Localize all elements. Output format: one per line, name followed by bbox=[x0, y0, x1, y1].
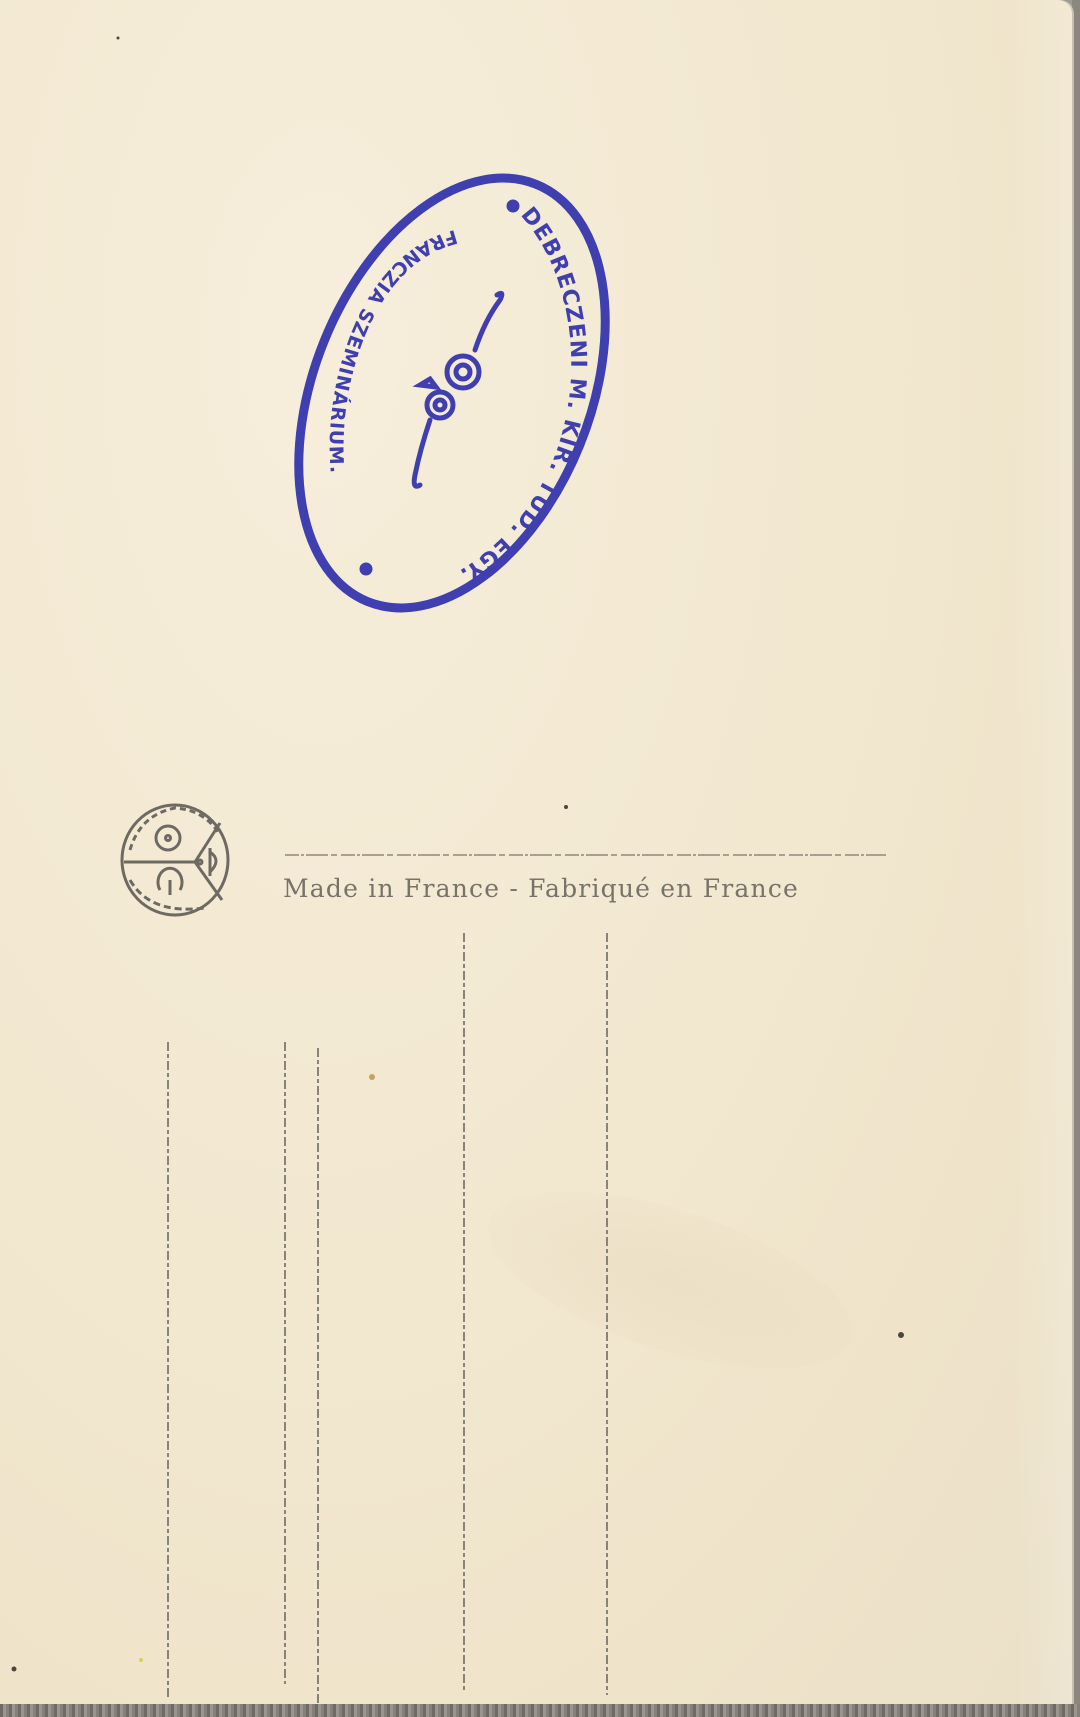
postcard-back bbox=[0, 0, 1072, 1706]
paper-highlight bbox=[1012, 0, 1072, 1706]
paper-stain bbox=[468, 1155, 873, 1406]
made-in-france-caption: Made in France - Fabriqué en France bbox=[283, 874, 799, 903]
card-bottom-edge bbox=[0, 1704, 1080, 1717]
